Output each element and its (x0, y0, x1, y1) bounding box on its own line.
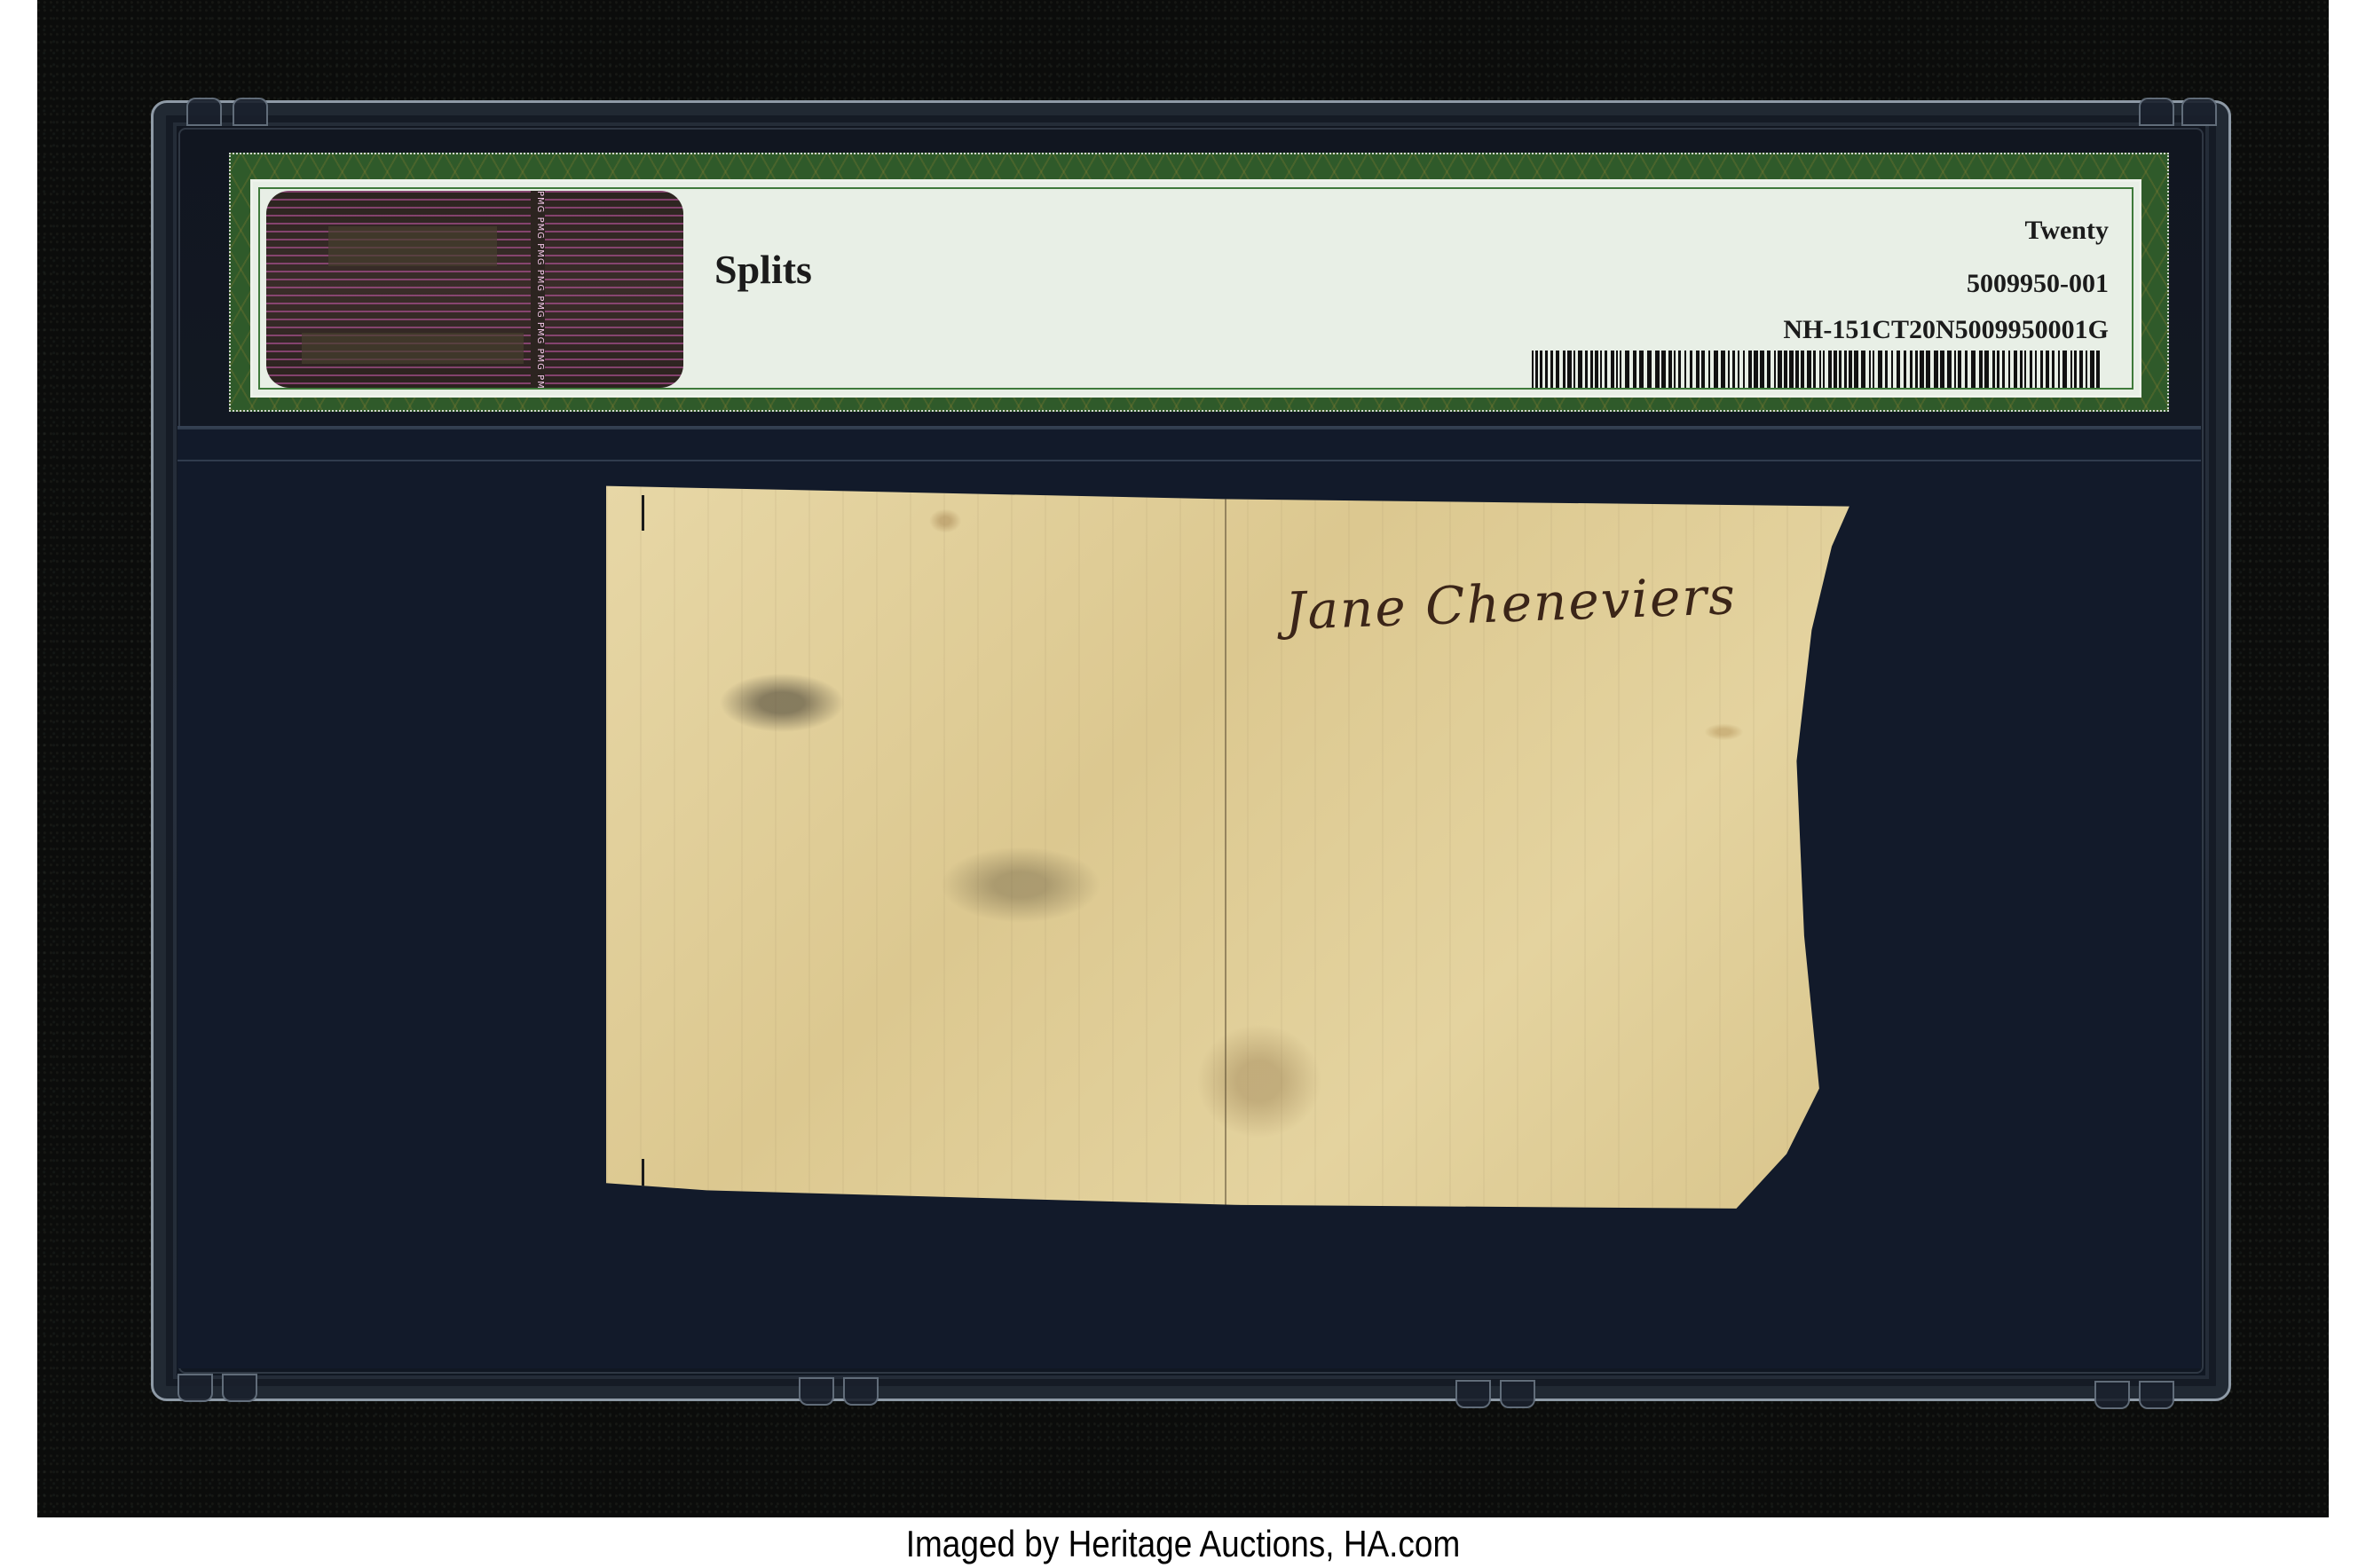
variety-text: Splits (714, 246, 812, 293)
holder-notch (177, 1374, 213, 1402)
holder-notch (2181, 98, 2217, 126)
holder-notch (1455, 1380, 1491, 1408)
holder-rib (177, 428, 2201, 429)
holder-notch (2139, 1381, 2174, 1409)
barcode (1532, 351, 2109, 388)
cert-number: 5009950-001 (1967, 269, 2109, 299)
denomination-text: Twenty (2025, 216, 2109, 246)
image-credit-caption: Imaged by Heritage Auctions, HA.com (142, 1519, 2224, 1568)
center-fold (1225, 485, 1226, 1212)
holder-notch (2094, 1381, 2130, 1409)
holder-notch (222, 1374, 257, 1402)
holder-notch (233, 98, 268, 126)
banknote-back: Jane Cheneviers (606, 485, 1862, 1212)
edge-tear (642, 495, 644, 531)
holder-notch (186, 98, 222, 126)
handwritten-signature: Jane Cheneviers (1284, 565, 1738, 642)
holder-notch (799, 1377, 834, 1406)
hologram-microtext: PMG PMG PMG PMG PMG PMG PMG PMG PMG PMG … (531, 191, 545, 388)
label-panel: PMG PMG PMG PMG PMG PMG PMG PMG PMG PMG … (250, 179, 2141, 398)
grading-label: PMG PMG PMG PMG PMG PMG PMG PMG PMG PMG … (229, 153, 2169, 412)
pmg-hologram: PMG PMG PMG PMG PMG PMG PMG PMG PMG PMG … (266, 191, 683, 388)
hologram-block (328, 226, 497, 266)
catalog-code: NH-151CT20N5009950001G (1783, 315, 2109, 345)
holder-notch (2139, 98, 2174, 126)
holder-rib (177, 460, 2201, 461)
hologram-block (302, 333, 524, 364)
holder-notch (843, 1377, 879, 1406)
holder-notch (1500, 1380, 1535, 1408)
